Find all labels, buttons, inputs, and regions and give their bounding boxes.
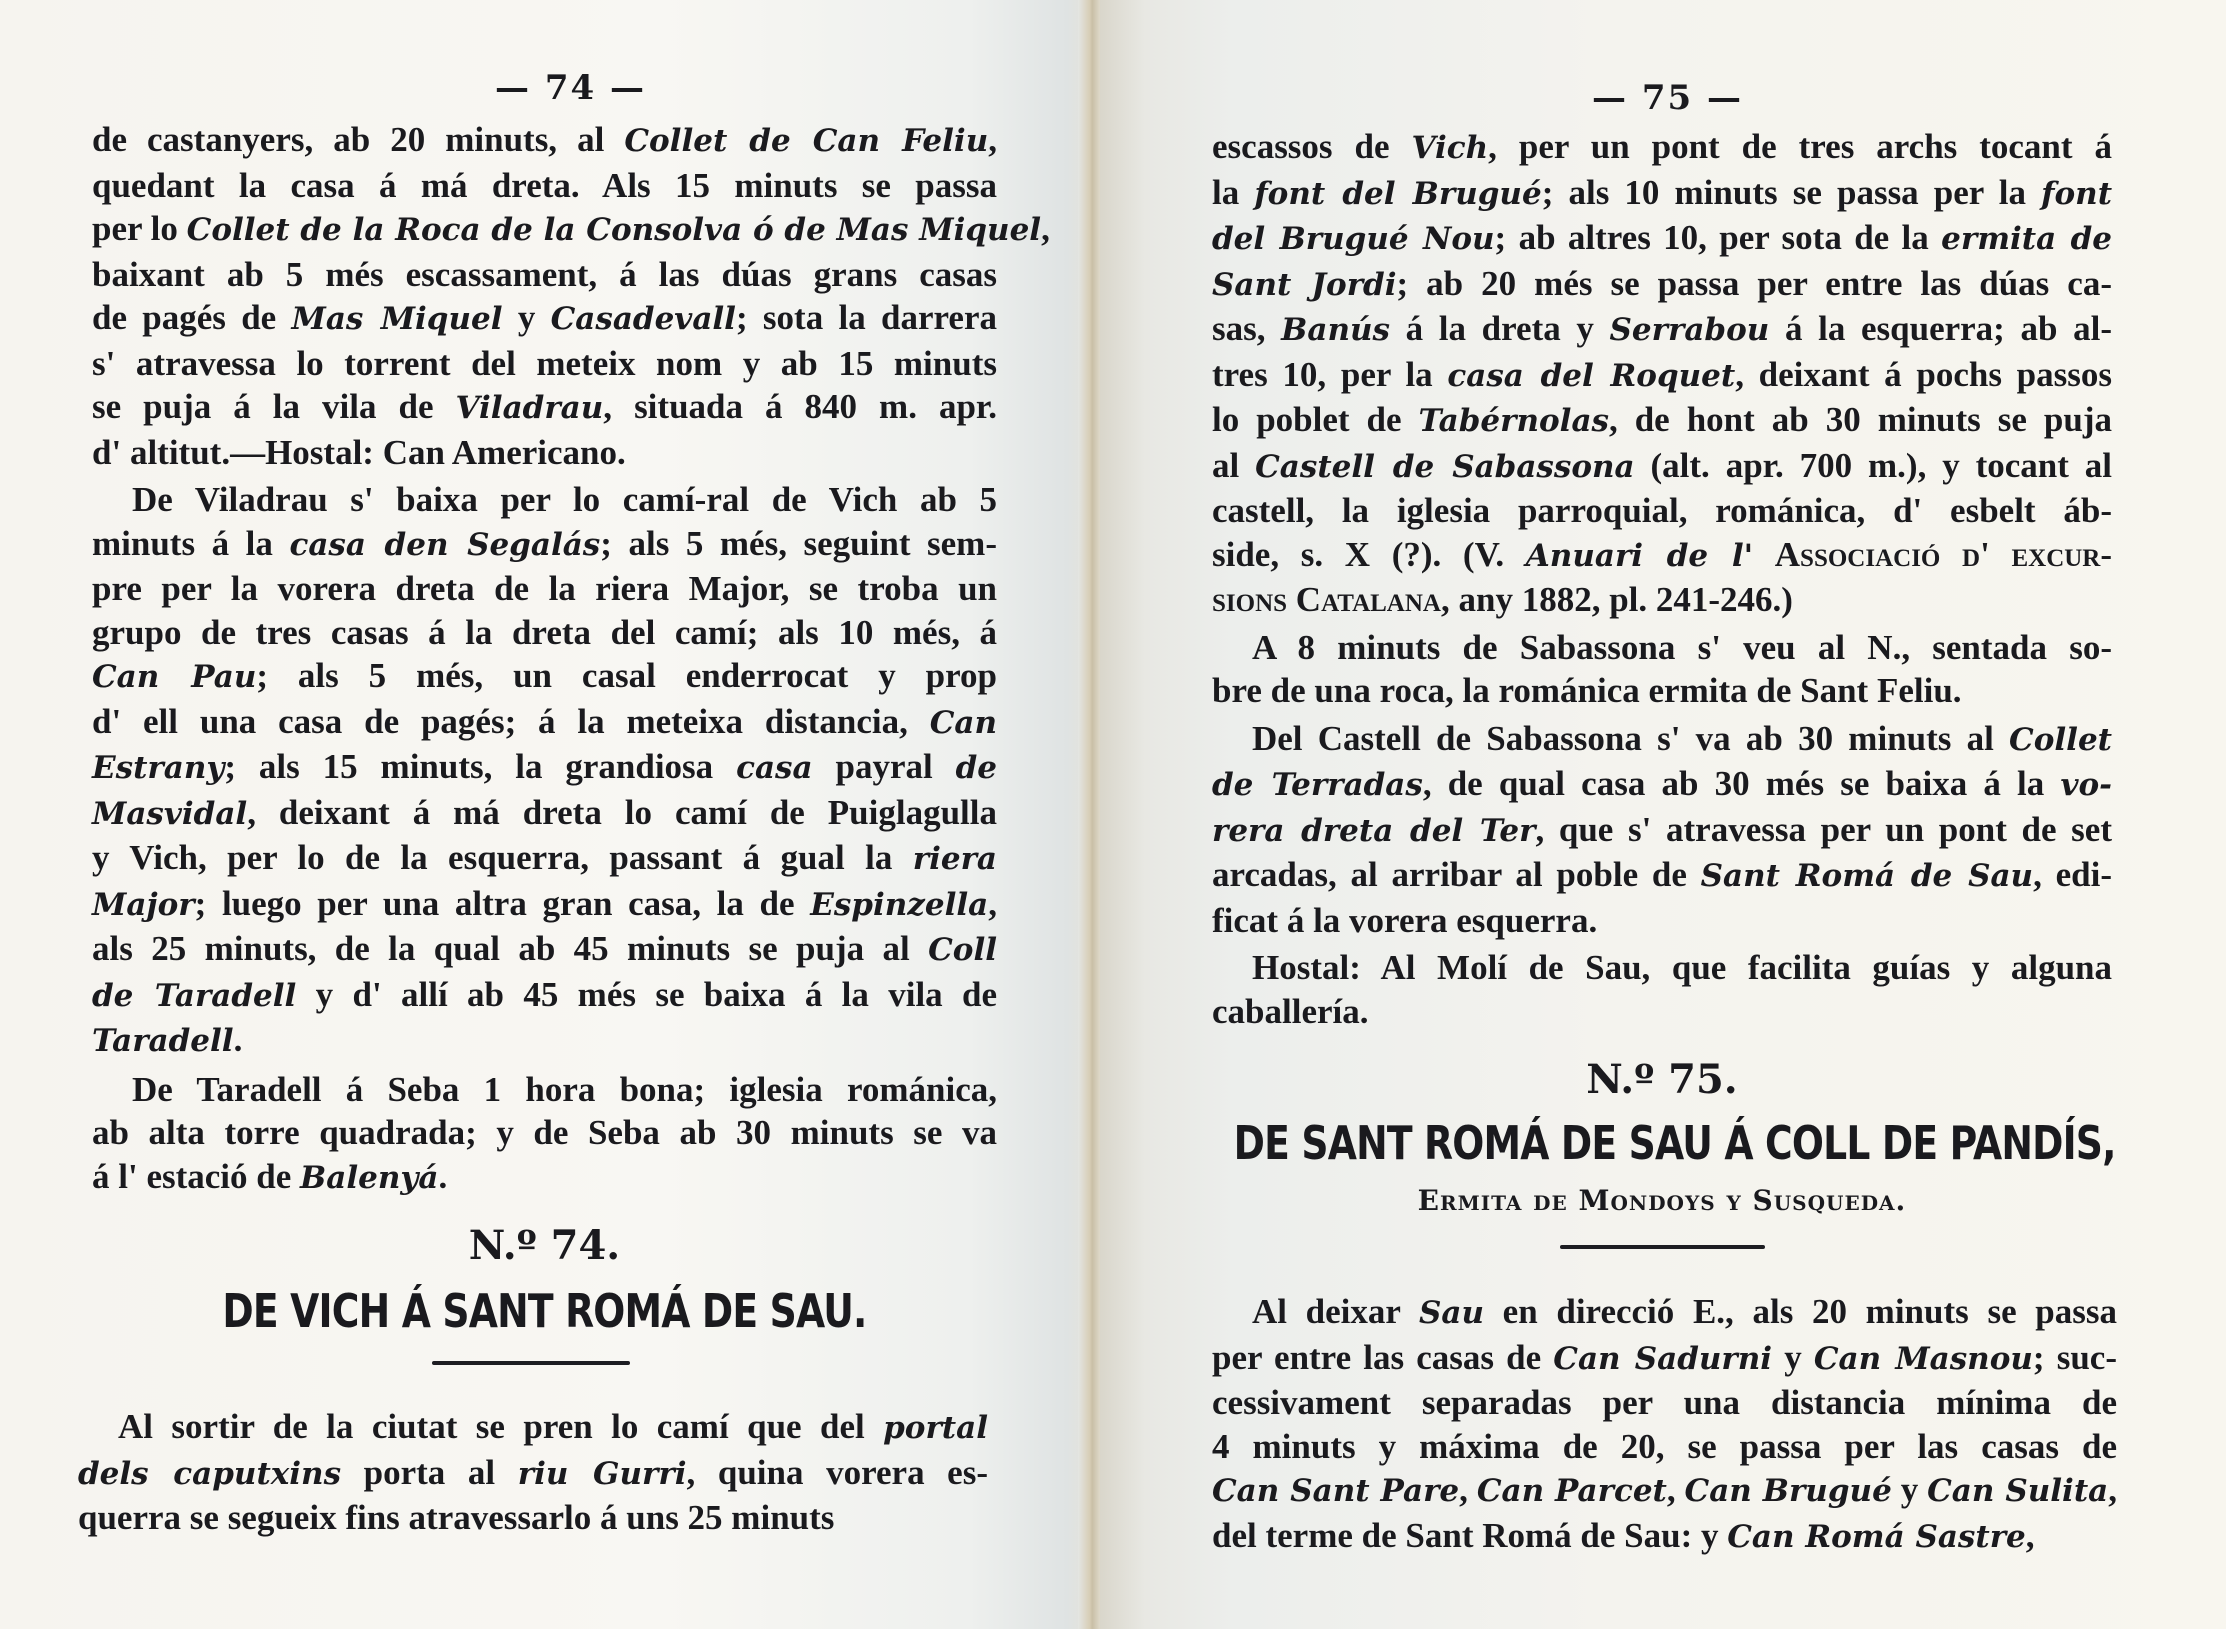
text-line: Taradell.: [92, 1018, 997, 1064]
left-body-text: de castanyers, ab 20 minuts, al Collet d…: [92, 118, 997, 1200]
text-line: cessivament separadas per una distancia …: [1212, 1381, 2117, 1425]
text-line: d' altitut.—Hostal: Can Americano.: [92, 431, 997, 475]
section-rule-74: [432, 1361, 630, 1365]
section-title-74: DE VICH Á SANT ROMÁ DE SAU.: [173, 1284, 915, 1338]
text-line: rera dreta del Ter, que s' atravessa per…: [1212, 808, 2112, 854]
text-line: á l' estació de Balenyá.: [92, 1155, 997, 1201]
section-subtitle-75: Ermita de Mondoys y Susqueda.: [1212, 1184, 2112, 1217]
text-line: escassos de Vich, per un pont de tres ar…: [1212, 125, 2112, 171]
text-line: se puja á la vila de Viladrau, situada á…: [92, 385, 997, 431]
section-title-75: DE SANT ROMÁ DE SAU Á COLL DE PANDÍS,: [1234, 1116, 2087, 1170]
text-line: side, s. X (?). (V. Anuari de l' Associa…: [1212, 533, 2112, 579]
right-body-text: escassos de Vich, per un pont de tres ar…: [1212, 125, 2112, 1033]
text-line: Can Sant Pare, Can Parcet, Can Brugué y …: [1212, 1468, 2117, 1514]
text-line: A 8 minuts de Sabassona s' veu al N., se…: [1212, 626, 2112, 670]
text-line: castell, la iglesia parroquial, románica…: [1212, 489, 2112, 533]
text-line: ab alta torre quadrada; y de Seba ab 30 …: [92, 1111, 997, 1155]
text-line: Del Castell de Sabassona s' va ab 30 min…: [1212, 717, 2112, 763]
text-line: per entre las casas de Can Sadurni y Can…: [1212, 1336, 2117, 1382]
text-line: del terme de Sant Romá de Sau: y Can Rom…: [1212, 1514, 2117, 1560]
section-number-75: N.º 75.: [1212, 1056, 2112, 1103]
text-line: caballería.: [1212, 990, 2112, 1034]
text-line: pre per la vorera dreta de la riera Majo…: [92, 567, 997, 611]
section-rule-75: [1560, 1245, 1765, 1249]
text-line: arcadas, al arribar al poble de Sant Rom…: [1212, 853, 2112, 899]
text-line: sas, Banús á la dreta y Serrabou á la es…: [1212, 307, 2112, 353]
text-line: s' atravessa lo torrent del meteix nom y…: [92, 342, 997, 386]
text-line: de Terradas, de qual casa ab 30 més se b…: [1212, 762, 2112, 808]
text-line: quedant la casa á má dreta. Als 15 minut…: [92, 164, 997, 208]
text-line: per lo Collet de la Roca de la Consolva …: [92, 207, 997, 253]
text-line: als 25 minuts, de la qual ab 45 minuts s…: [92, 927, 997, 973]
text-line: d' ell una casa de pagés; á la meteixa d…: [92, 700, 997, 746]
text-line: de Taradell y d' allí ab 45 més se baixa…: [92, 973, 997, 1019]
text-line: grupo de tres casas á la dreta del camí;…: [92, 611, 997, 655]
left-page: — 74 — de castanyers, ab 20 minuts, al C…: [0, 0, 1100, 1629]
text-line: Al sortir de la ciutat se pren lo camí q…: [78, 1405, 988, 1451]
page-number-75: — 75 —: [1592, 78, 1743, 118]
section-number-74: N.º 74.: [92, 1222, 997, 1269]
text-line: dels caputxins porta al riu Gurri, quina…: [78, 1451, 988, 1497]
text-line: Sant Jordi; ab 20 més se passa per entre…: [1212, 262, 2112, 308]
text-line: la font del Brugué; als 10 minuts se pas…: [1212, 171, 2112, 217]
text-line: querra se segueix fins atravessarlo á un…: [78, 1496, 988, 1540]
section-75-text: Al deixar Sau en direcció E., als 20 min…: [1212, 1290, 2117, 1559]
text-line: lo poblet de Tabérnolas, de hont ab 30 m…: [1212, 398, 2112, 444]
text-line: del Brugué Nou; ab altres 10, per sota d…: [1212, 216, 2112, 262]
text-line: sions Catalana, any 1882, pl. 241-246.): [1212, 578, 2112, 622]
text-line: Can Pau; als 5 més, un casal enderrocat …: [92, 654, 997, 700]
text-line: tres 10, per la casa del Roquet, deixant…: [1212, 353, 2112, 399]
text-line: Hostal: Al Molí de Sau, que facilita guí…: [1212, 946, 2112, 990]
text-line: De Taradell á Seba 1 hora bona; iglesia …: [92, 1068, 997, 1112]
text-line: al Castell de Sabassona (alt. apr. 700 m…: [1212, 444, 2112, 490]
text-line: 4 minuts y máxima de 20, se passa per la…: [1212, 1425, 2117, 1469]
text-line: bre de una roca, la románica ermita de S…: [1212, 669, 2112, 713]
text-line: De Viladrau s' baixa per lo camí-ral de …: [92, 478, 997, 522]
text-line: Al deixar Sau en direcció E., als 20 min…: [1212, 1290, 2117, 1336]
text-line: Masvidal, deixant á má dreta lo camí de …: [92, 791, 997, 837]
text-line: minuts á la casa den Segalás; als 5 més,…: [92, 522, 997, 568]
page-number-74: — 74 —: [495, 68, 646, 108]
text-line: Major; luego per una altra gran casa, la…: [92, 882, 997, 928]
section-74-text: Al sortir de la ciutat se pren lo camí q…: [78, 1405, 988, 1540]
text-line: y Vich, per lo de la esquerra, passant á…: [92, 836, 997, 882]
text-line: baixant ab 5 més escassament, á las dúas…: [92, 253, 997, 297]
text-line: Estrany; als 15 minuts, la grandiosa cas…: [92, 745, 997, 791]
text-line: de castanyers, ab 20 minuts, al Collet d…: [92, 118, 997, 164]
text-line: de pagés de Mas Miquel y Casadevall; sot…: [92, 296, 997, 342]
right-page: — 75 — escassos de Vich, per un pont de …: [1100, 0, 2226, 1629]
text-line: ficat á la vorera esquerra.: [1212, 899, 2112, 943]
